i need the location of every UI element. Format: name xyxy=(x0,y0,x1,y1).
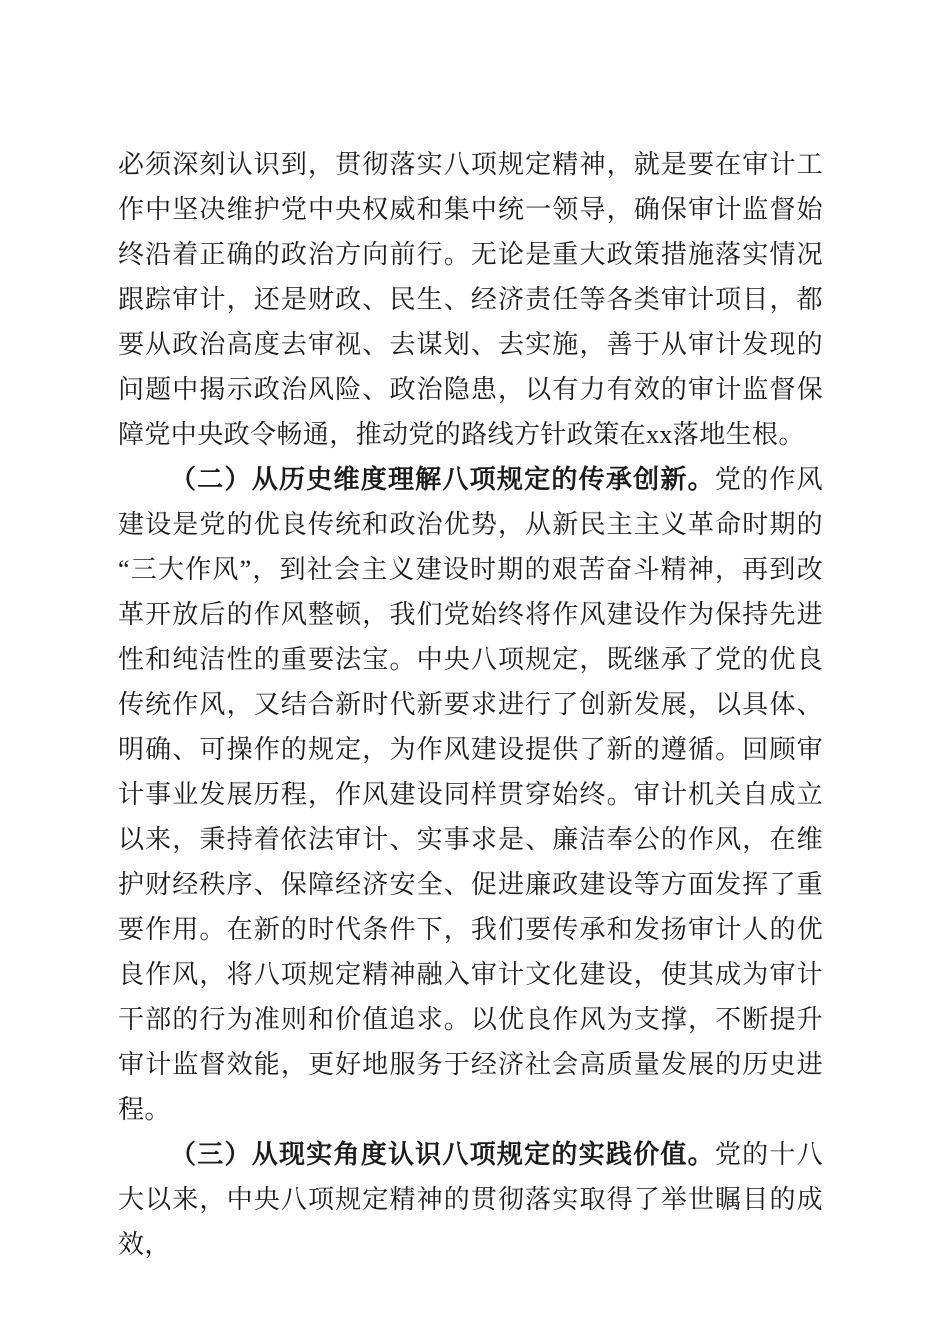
paragraph-history-dimension: （二）从历史维度理解八项规定的传承创新。党的作风建设是党的优良传统和政治优势，从… xyxy=(118,457,823,1132)
document-body: 必须深刻认识到，贯彻落实八项规定精神，就是要在审计工作中坚决维护党中央权威和集中… xyxy=(118,142,823,1267)
paragraph-text: 必须深刻认识到，贯彻落实八项规定精神，就是要在审计工作中坚决维护党中央权威和集中… xyxy=(118,150,823,449)
paragraph-political-dimension-continuation: 必须深刻认识到，贯彻落实八项规定精神，就是要在审计工作中坚决维护党中央权威和集中… xyxy=(118,142,823,457)
paragraph-heading-three: （三）从现实角度认识八项规定的实践价值。 xyxy=(170,1140,715,1169)
paragraph-practical-value: （三）从现实角度认识八项规定的实践价值。党的十八大以来，中央八项规定精神的贯彻落… xyxy=(118,1132,823,1267)
paragraph-text: 党的作风建设是党的优良传统和政治优势，从新民主主义革命时期的“三大作风”，到社会… xyxy=(118,465,823,1124)
paragraph-heading-two: （二）从历史维度理解八项规定的传承创新。 xyxy=(170,465,715,494)
document-page: 必须深刻认识到，贯彻落实八项规定精神，就是要在审计工作中坚决维护党中央权威和集中… xyxy=(0,0,950,1344)
